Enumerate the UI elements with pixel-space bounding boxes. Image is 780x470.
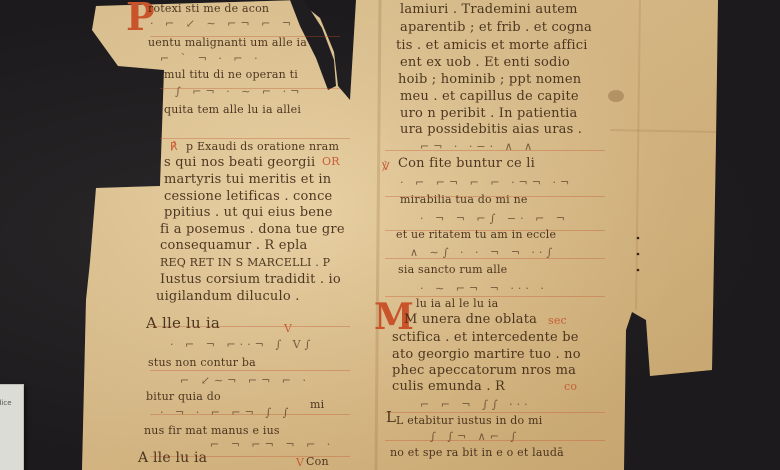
manuscript-fragment: P rotexi sti me de acon · ⌐ ↙ ∼ ⌐¬ ⌐ ¬ u… (0, 0, 780, 470)
parchment-shape (0, 0, 780, 470)
